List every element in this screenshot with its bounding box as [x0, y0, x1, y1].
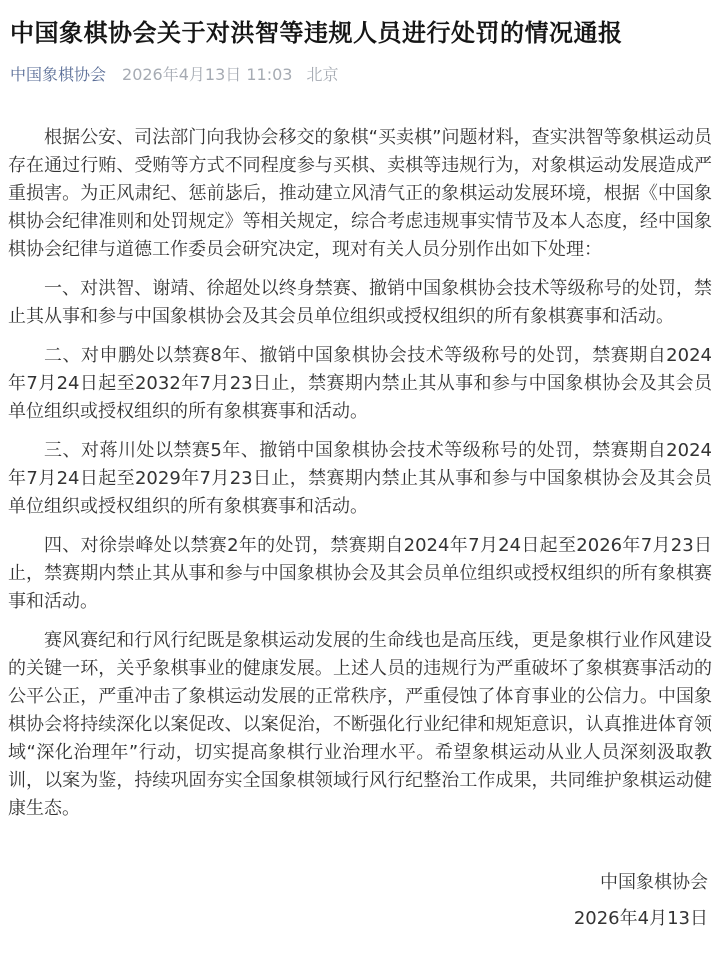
- article-meta: 中国象棋协会2026年4月13日 11:03北京: [10, 64, 710, 86]
- paragraph-item-2: 二、对申鹏处以禁赛8年、撤销中国象棋协会技术等级称号的处罚，禁赛期自2024年7…: [8, 342, 712, 426]
- publish-location: 北京: [306, 65, 338, 84]
- article-page: 中国象棋协会关于对洪智等违规人员进行处罚的情况通报 中国象棋协会2026年4月1…: [0, 0, 720, 968]
- paragraph-item-4: 四、对徐崇峰处以禁赛2年的处罚，禁赛期自2024年7月24日起至2026年7月2…: [8, 532, 712, 616]
- article-body: 根据公安、司法部门向我协会移交的象棋“买卖棋”问题材料，查实洪智等象棋运动员存在…: [8, 124, 712, 823]
- source-account-link[interactable]: 中国象棋协会: [10, 65, 106, 84]
- paragraph-closing: 赛风赛纪和行风行纪既是象棋运动发展的生命线也是高压线，更是象棋行业作风建设的关键…: [8, 627, 712, 823]
- signature-date: 2026年4月13日: [8, 905, 708, 933]
- paragraph-item-3: 三、对蒋川处以禁赛5年、撤销中国象棋协会技术等级称号的处罚，禁赛期自2024年7…: [8, 437, 712, 521]
- paragraph-item-1: 一、对洪智、谢靖、徐超处以终身禁赛、撤销中国象棋协会技术等级称号的处罚，禁止其从…: [8, 275, 712, 331]
- article-title: 中国象棋协会关于对洪智等违规人员进行处罚的情况通报: [10, 16, 710, 50]
- signature-block: 中国象棋协会 2026年4月13日: [8, 869, 712, 933]
- paragraph-intro: 根据公安、司法部门向我协会移交的象棋“买卖棋”问题材料，查实洪智等象棋运动员存在…: [8, 124, 712, 264]
- signature-org-name: 中国象棋协会: [8, 869, 708, 897]
- publish-datetime: 2026年4月13日 11:03: [122, 65, 292, 84]
